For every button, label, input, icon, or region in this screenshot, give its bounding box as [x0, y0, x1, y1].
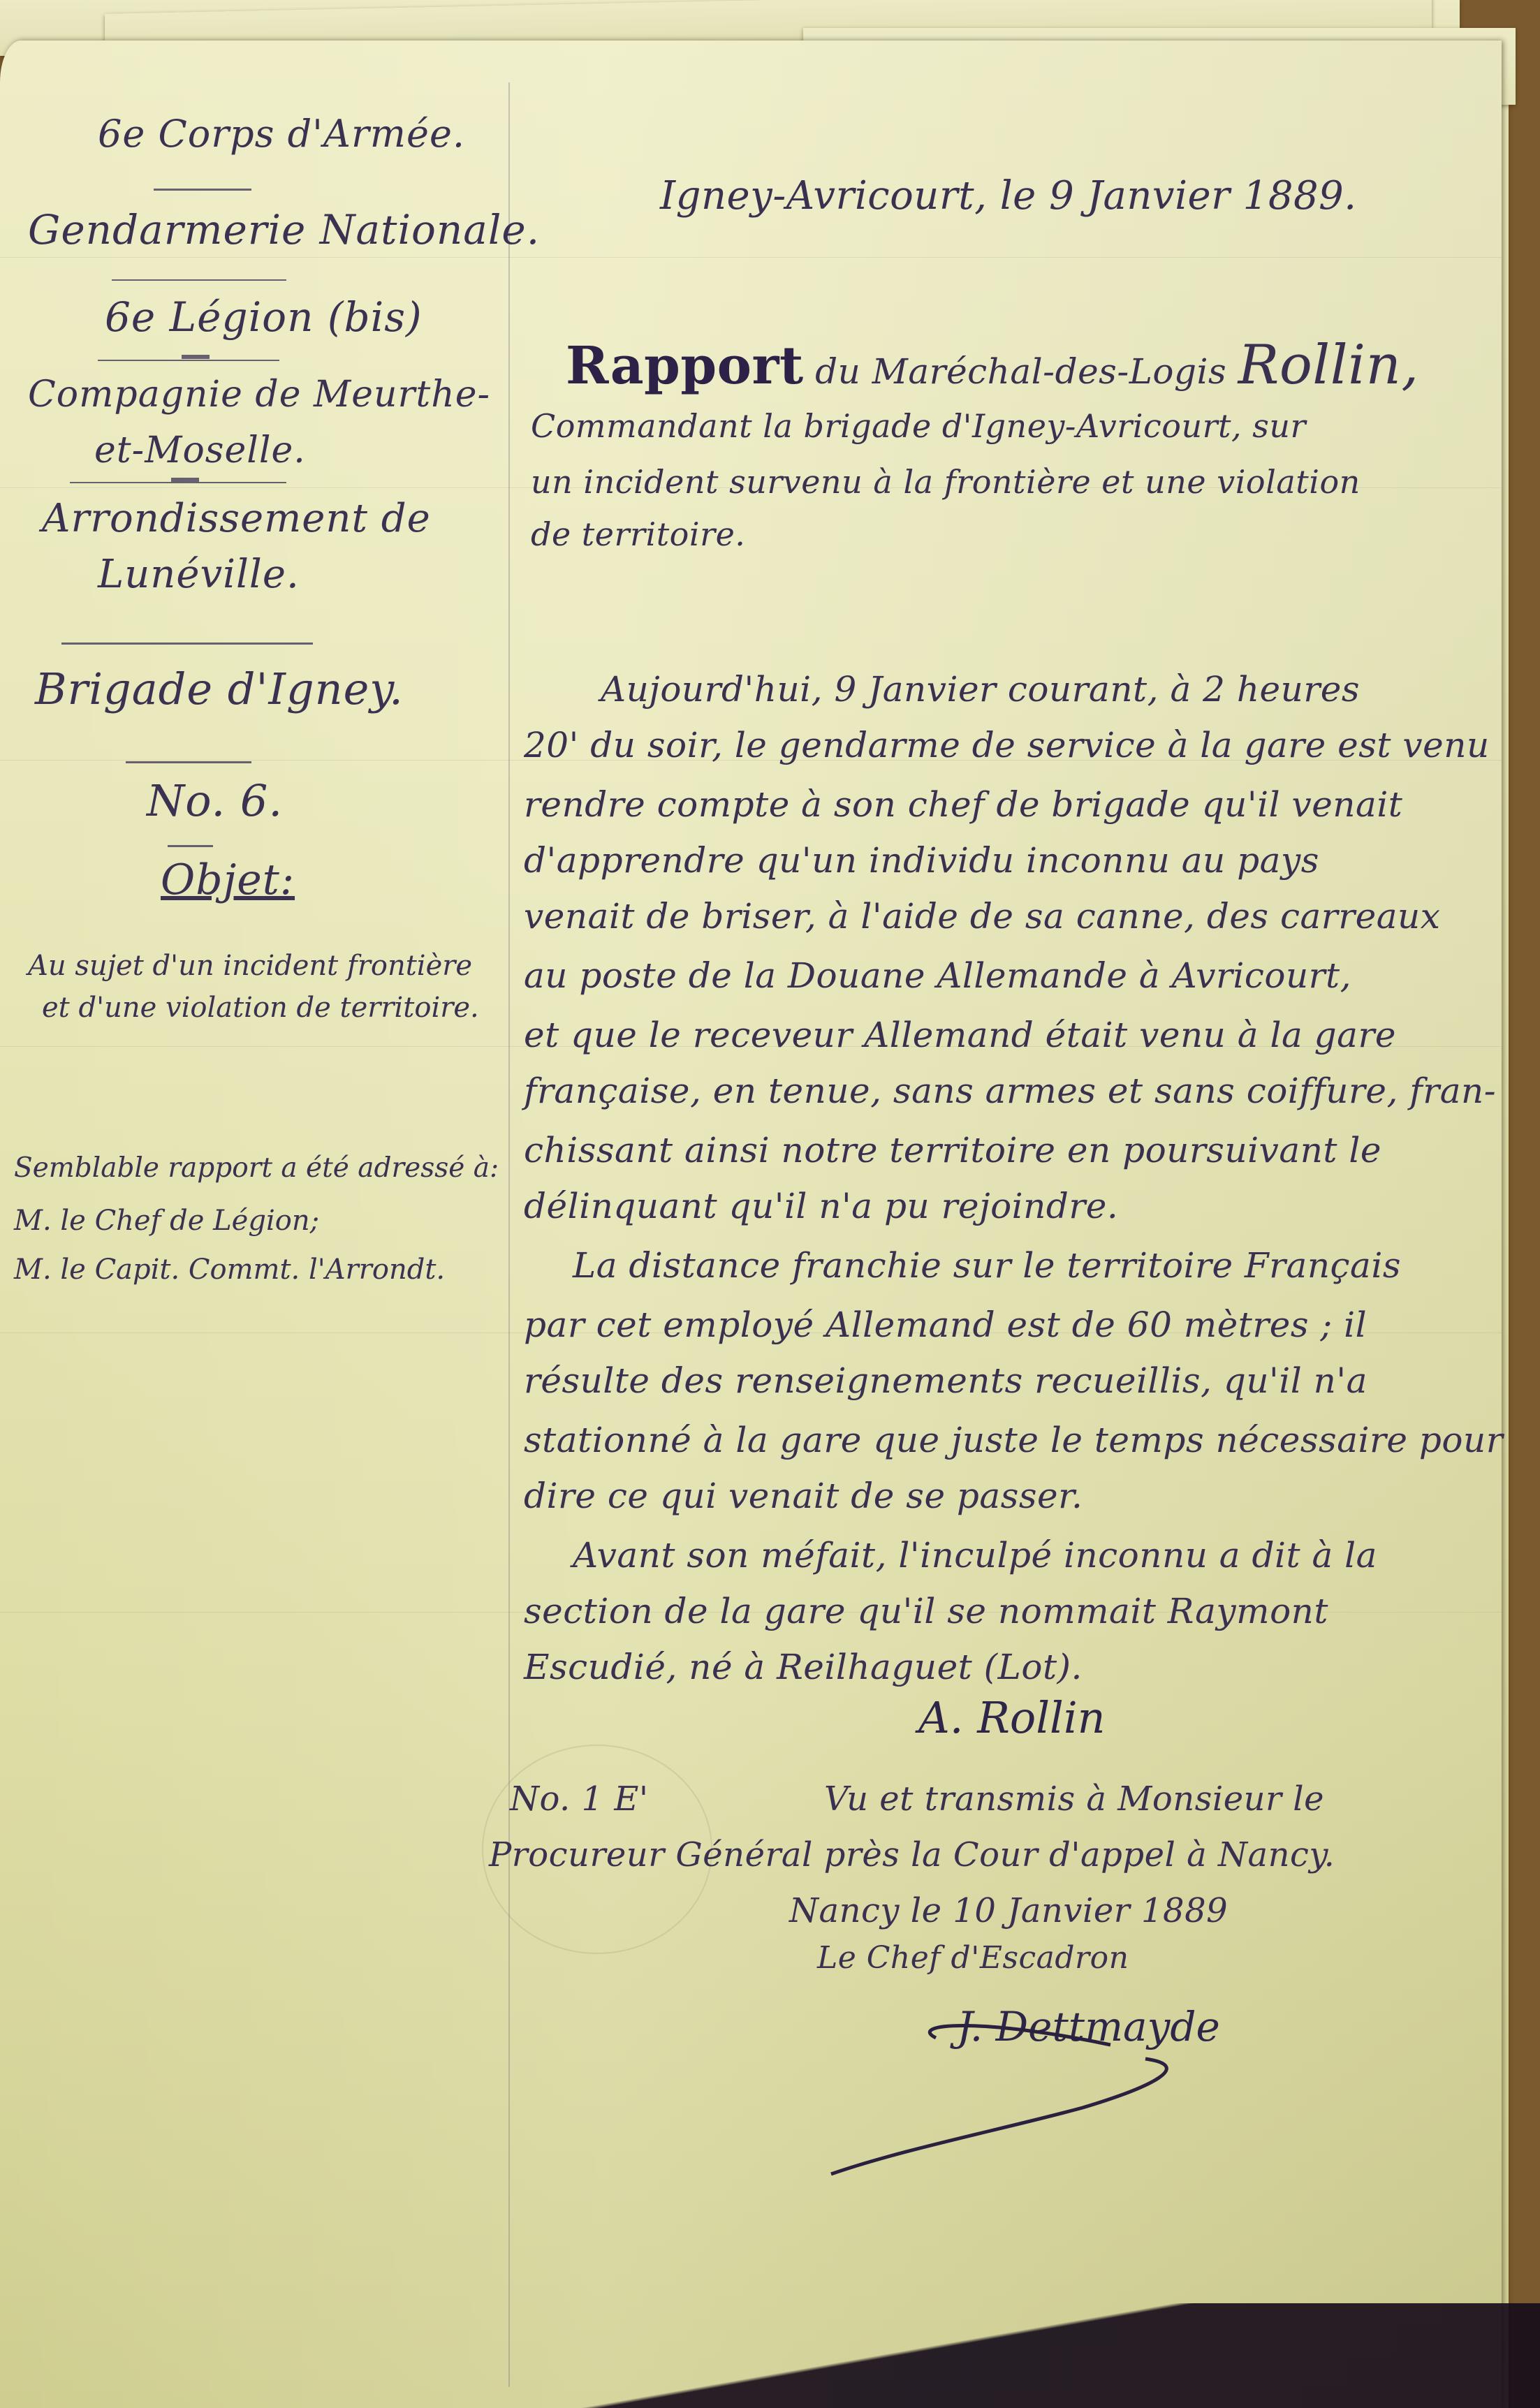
margin-divider: [508, 82, 510, 2387]
body-line: délinquant qu'il n'a pu rejoindre.: [524, 1186, 1118, 1226]
body-line: venait de briser, à l'aide de sa canne, …: [524, 896, 1440, 937]
body-line: section de la gare qu'il se nommait Raym…: [524, 1591, 1328, 1631]
title-rank: du Maréchal-des-Logis: [815, 351, 1226, 392]
arrondissement-line-1: Arrondissement de: [42, 496, 431, 541]
ruled-line: [0, 257, 1502, 258]
copies-line-2: M. le Chef de Légion;: [14, 1205, 319, 1237]
copies-line-1: Semblable rapport a été adressé à:: [14, 1152, 499, 1184]
report-title-line-1: Rapport du Maréchal-des-Logis Rollin,: [566, 334, 1419, 397]
endorsement-line-2: Procureur Général près la Cour d'appel à…: [489, 1835, 1335, 1874]
objet-line-2: et d'une violation de territoire.: [42, 992, 479, 1024]
separator: [70, 482, 286, 483]
separator: [126, 761, 251, 763]
rapport-word: Rapport: [566, 336, 804, 396]
compagnie-line-1: Compagnie de Meurthe-: [28, 374, 490, 416]
objet-label: Objet:: [161, 856, 295, 904]
report-title-line-4: de territoire.: [531, 515, 745, 553]
endorsement-reference: No. 1 E': [510, 1779, 649, 1819]
brigade-heading: Brigade d'Igney.: [35, 663, 404, 714]
body-line: française, en tenue, sans armes et sans …: [524, 1071, 1496, 1111]
separator: [61, 643, 313, 645]
body-line: Aujourd'hui, 9 Janvier courant, à 2 heur…: [601, 669, 1360, 710]
objet-line-1: Au sujet d'un incident frontière: [28, 950, 472, 982]
desk-shadow: [0, 2303, 1540, 2408]
body-line: 20' du soir, le gendarme de service à la…: [524, 725, 1490, 765]
endorsement-line-4: Le Chef d'Escadron: [817, 1940, 1129, 1976]
author-name: Rollin,: [1238, 334, 1419, 397]
body-line: dire ce qui venait de se passer.: [524, 1476, 1083, 1516]
report-number: No. 6.: [147, 775, 283, 826]
signature-flourish-icon: [817, 1982, 1208, 2178]
body-line: et que le receveur Allemand était venu à…: [524, 1015, 1396, 1055]
body-line: au poste de la Douane Allemande à Avrico…: [524, 955, 1351, 996]
separator: [112, 279, 286, 281]
rollin-signature: A. Rollin: [918, 1692, 1106, 1743]
legion-heading: 6e Légion (bis): [105, 293, 423, 341]
separator-bold: [182, 355, 210, 359]
endorsement-line-3: Nancy le 10 Janvier 1889: [789, 1891, 1228, 1930]
separator: [98, 360, 279, 361]
report-title-line-3: un incident survenu à la frontière et un…: [531, 463, 1361, 501]
body-line: résulte des renseignements recueillis, q…: [524, 1360, 1367, 1401]
body-line: stationné à la gare que juste le temps n…: [524, 1420, 1503, 1460]
body-line: rendre compte à son chef de brigade qu'i…: [524, 784, 1402, 825]
body-line: Escudié, né à Reilhaguet (Lot).: [524, 1647, 1083, 1687]
corps-heading: 6e Corps d'Armée.: [98, 112, 465, 156]
separator: [154, 189, 251, 191]
endorsement-line-1: Vu et transmis à Monsieur le: [824, 1779, 1324, 1819]
arrondissement-line-2: Lunéville.: [98, 552, 300, 597]
body-line: La distance franchie sur le territoire F…: [573, 1245, 1401, 1286]
place-date: Igney-Avricourt, le 9 Janvier 1889.: [660, 173, 1357, 219]
report-title-line-2: Commandant la brigade d'Igney-Avricourt,…: [531, 407, 1306, 445]
separator-bold: [171, 478, 199, 482]
compagnie-line-2: et-Moselle.: [94, 430, 306, 471]
body-line: Avant son méfait, l'inculpé inconnu a di…: [573, 1535, 1377, 1576]
separator: [168, 845, 213, 847]
copies-line-3: M. le Capit. Commt. l'Arrondt.: [14, 1254, 445, 1286]
body-line: d'apprendre qu'un individu inconnu au pa…: [524, 840, 1319, 881]
gendarmerie-heading: Gendarmerie Nationale.: [28, 206, 540, 254]
body-line: chissant ainsi notre territoire en pours…: [524, 1130, 1381, 1170]
body-line: par cet employé Allemand est de 60 mètre…: [524, 1305, 1367, 1345]
